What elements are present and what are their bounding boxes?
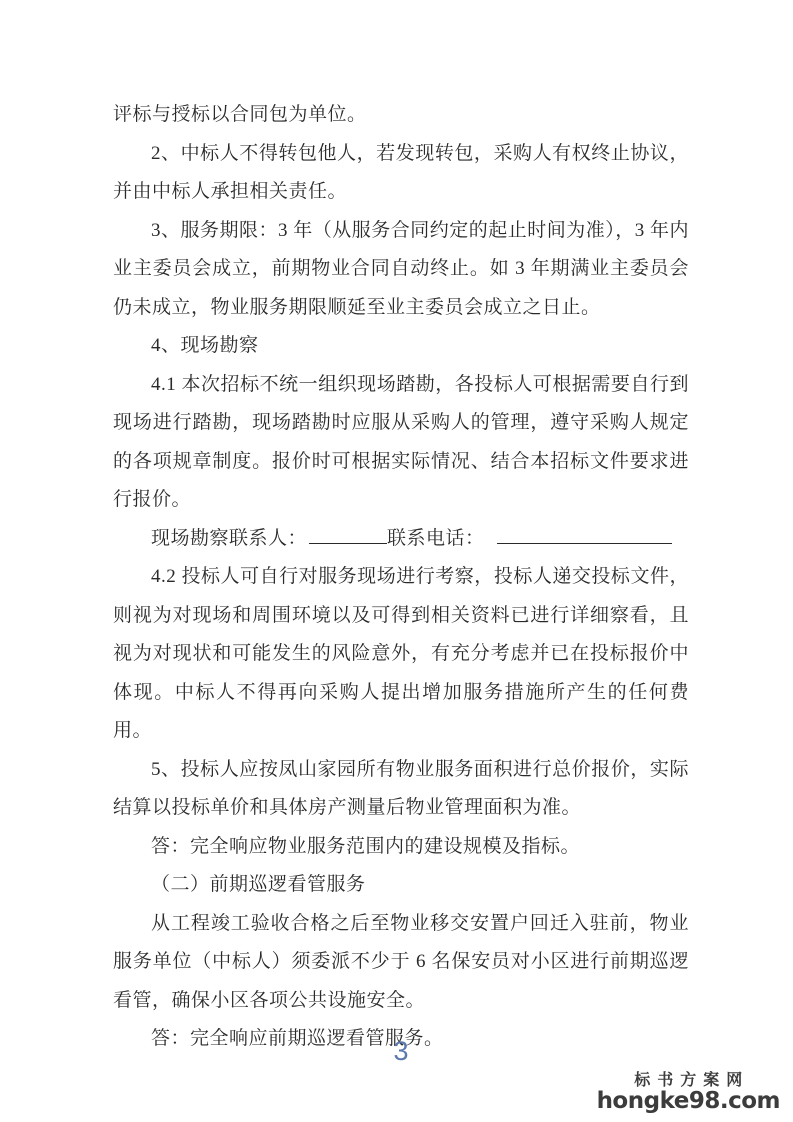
paragraph: 答：完全响应物业服务范围内的建设规模及指标。 (113, 828, 689, 867)
paragraph: 5、投标人应按凤山家园所有物业服务面积进行总价报价，实际结算以投标单价和具体房产… (113, 751, 689, 828)
fill-in-blank (497, 523, 672, 544)
form-line: 现场勘察联系人：联系电话： (113, 520, 689, 559)
document-body: 评标与授标以合同包为单位。2、中标人不得转包他人，若发现转包，采购人有权终止协议… (113, 96, 689, 1059)
paragraph: （二）前期巡逻看管服务 (113, 866, 689, 905)
page-number: 3 (113, 1036, 689, 1067)
paragraph: 评标与授标以合同包为单位。 (113, 96, 689, 135)
form-label: 现场勘察联系人： (151, 528, 307, 549)
watermark-url: hongke98.com (597, 1089, 780, 1114)
watermark-title: 标书方案网 (597, 1071, 780, 1089)
form-label: 联系电话： (387, 528, 485, 549)
paragraph: 4.2 投标人可自行对服务现场进行考察，投标人递交投标文件，则视为对现场和周围环… (113, 558, 689, 751)
paragraph: 从工程竣工验收合格之后至物业移交安置户回迁入驻前，物业服务单位（中标人）须委派不… (113, 905, 689, 1021)
paragraph: 4.1 本次招标不统一组织现场踏勘，各投标人可根据需要自行到现场进行踏勘，现场踏… (113, 366, 689, 520)
site-watermark: 标书方案网 hongke98.com (597, 1071, 780, 1114)
paragraph: 3、服务期限：3 年（从服务合同约定的起止时间为准），3 年内业主委员会成立，前… (113, 212, 689, 328)
paragraph: 4、现场勘察 (113, 327, 689, 366)
fill-in-blank (309, 523, 387, 544)
paragraph: 2、中标人不得转包他人，若发现转包，采购人有权终止协议，并由中标人承担相关责任。 (113, 135, 689, 212)
document-page: 评标与授标以合同包为单位。2、中标人不得转包他人，若发现转包，采购人有权终止协议… (0, 0, 793, 1122)
